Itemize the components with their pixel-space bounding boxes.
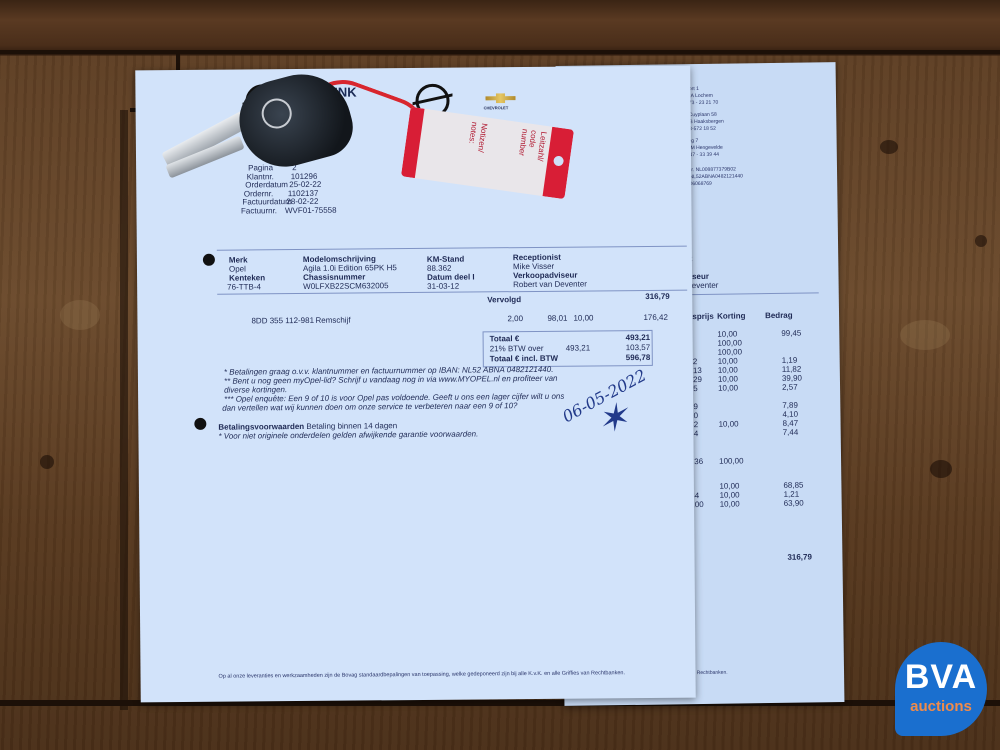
back-total: 316,79 (787, 552, 812, 561)
cell-amount: 7,89 (782, 401, 798, 410)
totals-value: 103,57 (626, 343, 651, 352)
cell-amount: 63,90 (784, 499, 804, 508)
wood-spot (900, 320, 950, 350)
cell-discount: 10,00 (719, 490, 739, 499)
adviseur-value: Robert van Deventer (513, 280, 587, 290)
cell-discount: 10,00 (718, 365, 738, 374)
vervolgd-value: 316,79 (645, 292, 670, 301)
punch-hole (194, 418, 206, 430)
table-row: 10,0099,45 (556, 62, 836, 66)
datum-label: Datum deel I (427, 272, 475, 281)
wood-knot (40, 455, 54, 469)
meta-value: WVF01-75558 (285, 205, 337, 214)
column-header: Bedrag (765, 311, 793, 320)
table-row: 2,8510,002,57 (556, 62, 836, 66)
cell-amount: 99,45 (781, 329, 801, 338)
totals-box: Totaal €493,2121% BTW over493,21103,57To… (483, 330, 653, 367)
wood-plank-seam (0, 50, 1000, 54)
line-item-discount: 10,00 (573, 313, 593, 322)
chevrolet-logo-icon (485, 93, 515, 103)
cell-discount: 100,00 (719, 456, 744, 465)
totals-base: 493,21 (566, 343, 591, 352)
table-row: 71,0010,0063,90 (556, 62, 836, 66)
model-value: Agila 1.0i Edition 65PK H5 (303, 263, 397, 273)
cell-amount: 68,85 (783, 481, 803, 490)
line-item-price: 98,01 (547, 314, 567, 323)
merk-label: Merk (229, 255, 248, 264)
table-row (556, 62, 836, 66)
cell-discount: 10,00 (717, 329, 737, 338)
handwritten-signature: ✶ (593, 394, 632, 443)
line-item-desc: Remschijf (315, 316, 350, 325)
warranty-note: * Voor niet originele onderdelen gelden … (218, 429, 478, 440)
kenteken-label: Kenteken (229, 273, 265, 282)
totals-value: 596,78 (626, 353, 651, 362)
cell-amount: 4,10 (782, 410, 798, 419)
totals-label: 21% BTW over (490, 344, 544, 353)
table-row: 15,2910,0039,90 (556, 62, 836, 66)
table-row: 100,00 (556, 62, 836, 66)
cell-discount: 10,00 (718, 356, 738, 365)
table-row: 10,0068,85 (556, 62, 836, 66)
bva-logo-text: BVA (895, 658, 987, 697)
line-item-code: 8DD 355 112-981 (251, 316, 314, 326)
receptionist-value: Mike Visser (513, 262, 554, 271)
totals-label: Totaal € incl. BTW (490, 354, 558, 364)
meta-label: Factuurnr. (241, 206, 277, 215)
totals-value: 493,21 (626, 333, 651, 342)
divider (217, 246, 687, 251)
line-items-table: 10,0099,45100,00100,001,3210,001,1913,13… (556, 62, 836, 66)
cell-amount: 1,21 (783, 490, 799, 499)
footer-text: Op al onze leveranties en werkzaamheden … (219, 670, 625, 681)
table-row: 1,3210,001,19 (556, 62, 836, 66)
kenteken-value: 76-TTB-4 (227, 282, 261, 291)
note-line: ** Bent u nog geen myOpel-lid? Schrijf u… (224, 374, 558, 386)
totals-label: Totaal € (490, 334, 520, 343)
cell-amount: 39,90 (782, 374, 802, 383)
cell-discount: 100,00 (717, 347, 742, 356)
chevrolet-label: CHEVROLET (484, 105, 509, 110)
table-row: 9,4210,008,47 (556, 62, 836, 66)
table-row: 12,36100,00 (556, 62, 836, 66)
line-item-qty: 2,00 (507, 314, 523, 323)
line-item-amount: 176,42 (643, 313, 668, 322)
receptionist-label: Receptionist (513, 253, 561, 262)
tag-hole (553, 155, 564, 166)
table-row: 7,897,89 (556, 62, 836, 66)
km-label: KM-Stand (427, 255, 464, 264)
wood-spot (60, 300, 100, 330)
wood-knot (880, 140, 898, 154)
cell-discount: 10,00 (718, 374, 738, 383)
cell-amount: 11,82 (782, 365, 802, 374)
cell-amount: 1,19 (782, 356, 798, 365)
bva-logo-subtext: auctions (895, 698, 987, 715)
km-value: 88.362 (427, 264, 452, 273)
table-row: 100,00 (556, 62, 836, 66)
cell-discount: 10,00 (720, 499, 740, 508)
column-header: Korting (717, 311, 746, 320)
cell-discount: 10,00 (719, 481, 739, 490)
bva-auctions-logo: BVA auctions (895, 642, 987, 736)
table-row: 7,447,44 (556, 62, 836, 66)
opel-emblem-icon (258, 95, 295, 132)
cell-discount: 10,00 (719, 419, 739, 428)
table-row: 1,3410,001,21 (556, 62, 836, 66)
chassis-value: W0LFXB22SCM632005 (303, 281, 388, 291)
cell-discount: 100,00 (717, 338, 742, 347)
punch-hole (203, 254, 215, 266)
cell-amount: 2,57 (782, 383, 798, 392)
wood-knot (930, 460, 952, 478)
wood-plank-seam (120, 110, 128, 710)
datum-value: 31-03-12 (427, 282, 459, 291)
cell-amount: 8,47 (782, 419, 798, 428)
cell-discount: 10,00 (718, 383, 738, 392)
table-row: 13,1310,0011,82 (556, 62, 836, 66)
wood-knot (975, 235, 987, 247)
vervolgd-label: Vervolgd (487, 295, 521, 304)
note-line: dan vertellen wat wij kunnen doen om onz… (222, 401, 517, 413)
cell-amount: 7,44 (783, 428, 799, 437)
table-row: 4,104,10 (556, 62, 836, 66)
invoice-meta: Pagina2Klantnr.101296Orderdatum25-02-22O… (135, 66, 690, 71)
merk-value: Opel (229, 264, 246, 273)
